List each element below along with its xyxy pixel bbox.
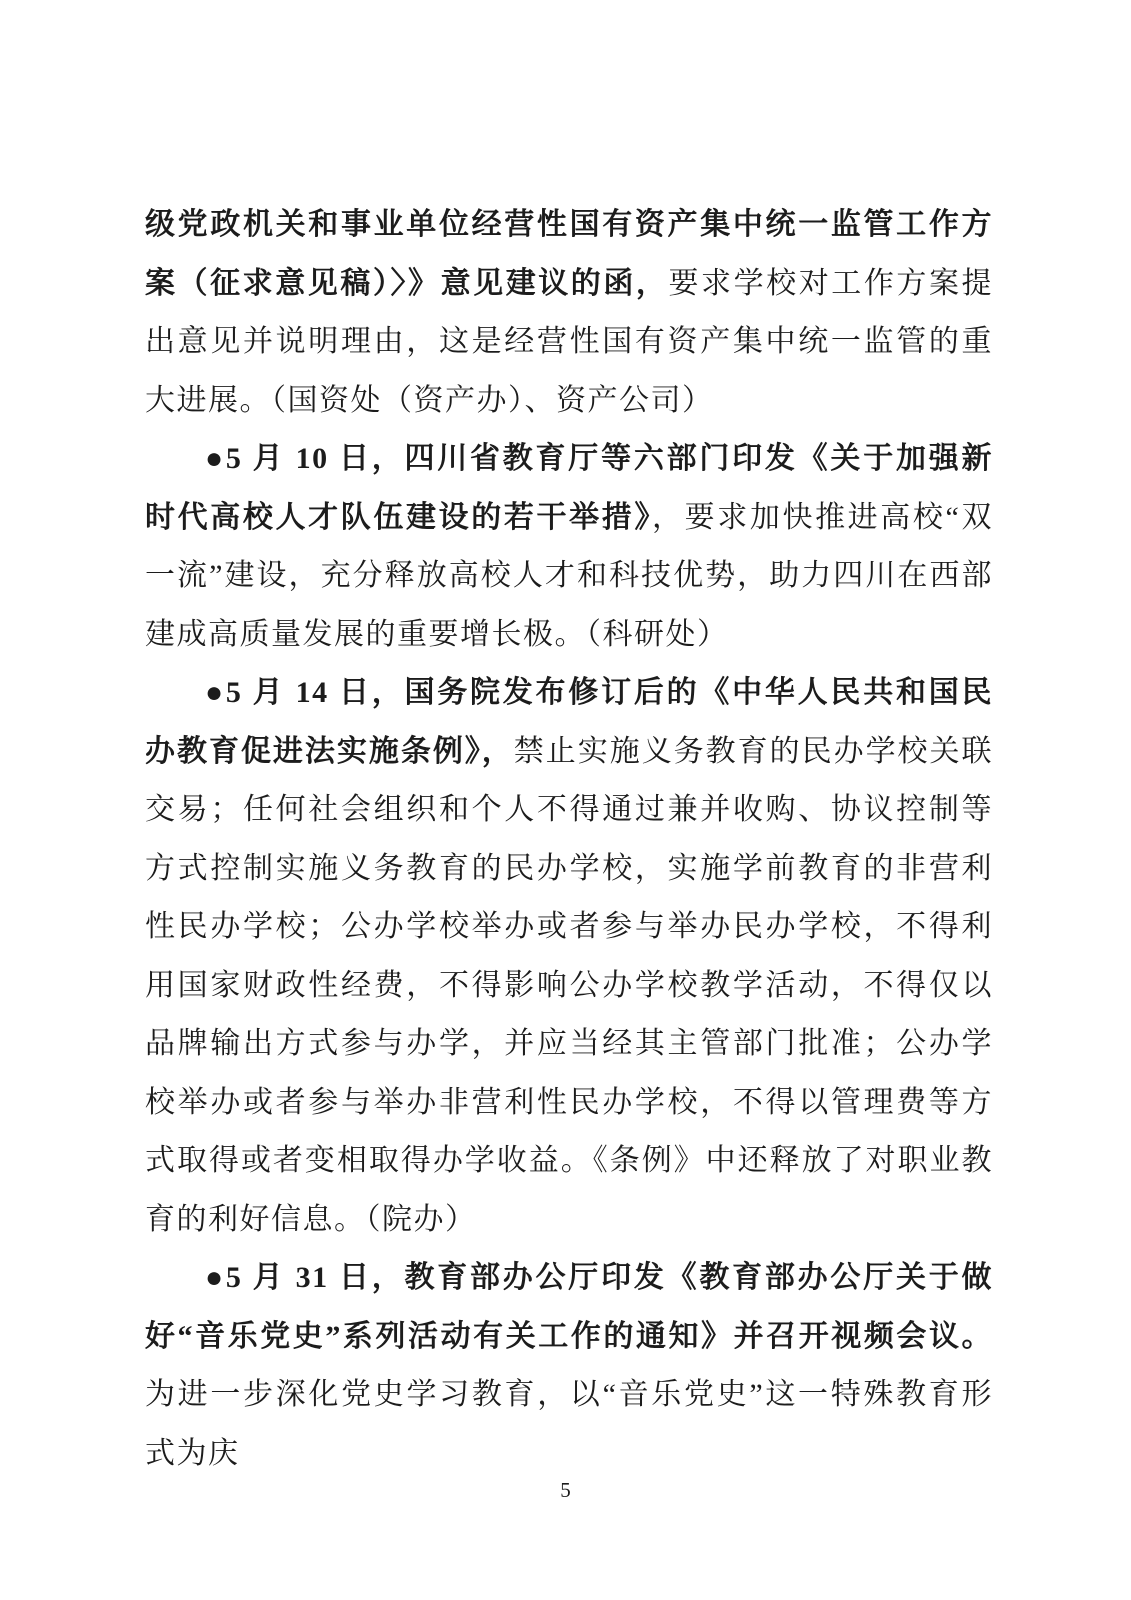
paragraph-may-14-private-education-regulation: ●5 月 14 日，国务院发布修订后的《中华人民共和国民办教育促进法实施条例》，…	[145, 664, 993, 1249]
paragraph-asset-supervision: 级党政机关和事业单位经营性国有资产集中统一监管工作方案（征求意见稿）〉》意见建议…	[145, 196, 993, 430]
text-run: 为进一步深化党史学习教育，以“音乐党史”这一特殊教育形式为庆	[145, 1378, 993, 1470]
document-page: 级党政机关和事业单位经营性国有资产集中统一监管工作方案（征求意见稿）〉》意见建议…	[0, 0, 1131, 1600]
paragraph-may-31-music-party-history: ●5 月 31 日，教育部办公厅印发《教育部办公厅关于做好“音乐党史”系列活动有…	[145, 1249, 993, 1483]
bold-text-run: ●5 月 31 日，教育部办公厅印发《教育部办公厅关于做好“音乐党史”系列活动有…	[145, 1261, 993, 1353]
paragraph-may-10-talent-measures: ●5 月 10 日，四川省教育厅等六部门印发《关于加强新时代高校人才队伍建设的若…	[145, 430, 993, 664]
page-number: 5	[0, 1478, 1131, 1503]
text-run: 禁止实施义务教育的民办学校关联交易；任何社会组织和个人不得通过兼并收购、协议控制…	[145, 735, 993, 1236]
document-body: 级党政机关和事业单位经营性国有资产集中统一监管工作方案（征求意见稿）〉》意见建议…	[145, 196, 993, 1483]
